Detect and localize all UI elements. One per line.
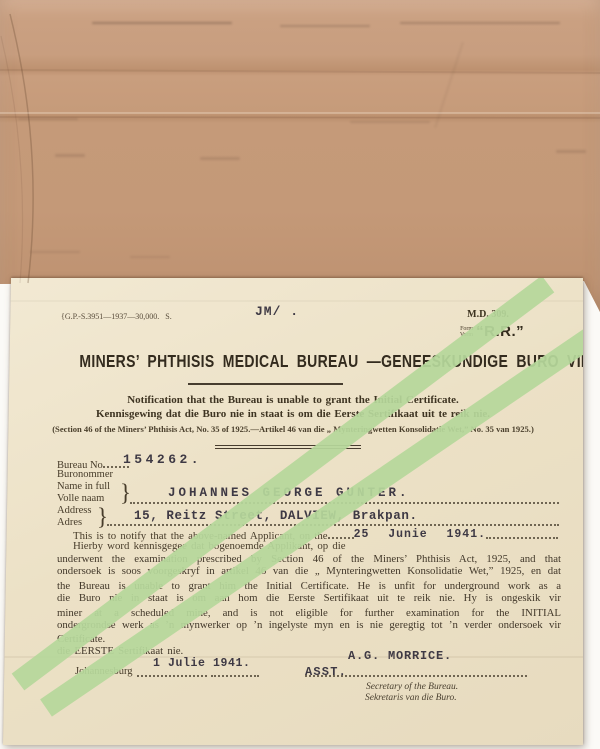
address-label-stack: Address Adres [57,505,91,529]
bureau-no-label-af: Buronommer [57,469,113,480]
name-brace: } [120,480,131,504]
body-line: die Buro nie in staat is om aan hom die … [57,592,561,604]
place-label: Johannesburg [75,666,133,677]
notice-rule [215,445,361,449]
body-line: underwent the examination prescribed by … [57,553,561,565]
notify-text-af: Hierby word kennisgegee dat bogenoemde A… [73,540,346,552]
address-value: 15, Reitz Street, DALVIEW, Brakpan. [134,509,418,523]
signature-title-af: Sekretaris van die Buro. [365,693,457,703]
name-value: JOHANNES GEORGE GUNTER. [168,486,410,500]
body-line: Certificate. [57,633,561,645]
bureau-no-value: 154262. [123,452,202,467]
title-row: MINERS’ PHTHISIS MEDICAL BUREAU —GENEESK… [3,351,583,372]
body-line: ondergrondse werk as ’n mynwerker op ’n … [57,619,561,631]
form-code-block: Form Vorm “R.R.” [433,323,551,340]
body-line: ondersoek is soos voorgeskryf in artikel… [57,565,561,577]
printer-code: {G.P.-S.3951—1937—30,000. S. [61,312,172,321]
address-dotted-line [107,524,559,526]
name-dotted-line [130,502,559,504]
signature-title-en: Secretary of the Bureau. [366,682,458,692]
letter-sheet: {G.P.-S.3951—1937—30,000. S. JM/ . M.D. … [3,278,583,745]
form-code: “R.R.” [476,323,524,340]
body-line: miner at a scheduled mine, and is not el… [57,607,561,619]
body-line: the Bureau is unable to grant him the In… [57,580,561,592]
notice-line-en: Notification that the Bureau is unable t… [3,394,583,406]
leader-dots [328,528,354,539]
form-word-af: Vorm [460,332,473,338]
statute-line: (Section 46 of the Miners’ Phthisis Act,… [3,424,583,434]
notice-line-af: Kennisgewing dat die Buro nie in staat i… [3,408,583,420]
paper-crease [3,656,583,658]
form-number: M.D. 309. [433,309,543,320]
form-word-stack: Form Vorm [460,326,473,338]
issue-date: 1 Julie 1941. [153,657,251,670]
document-title: MINERS’ PHTHISIS MEDICAL BUREAU —GENEESK… [79,351,600,372]
name-label-en: Name in full [57,481,110,493]
place-dotted-line [211,675,259,677]
address-label-en: Address [57,505,91,517]
reference-stamp: JM/ . [255,304,299,319]
place-dotted-line [137,675,207,677]
leader-dots [486,528,558,539]
asst-label: ASST. [305,665,347,679]
exam-date-value: 25 Junie 1941. [354,528,486,541]
scanned-letter-photo: { "doc": { "print_code": "{G.P.-S.3951—1… [0,0,600,749]
paper-crease [3,300,583,302]
name-label-stack: Name in full Volle naam [57,481,110,505]
title-rule [188,383,343,385]
letter-sheet-shadow-wrap: {G.P.-S.3951—1937—30,000. S. JM/ . M.D. … [0,0,600,749]
